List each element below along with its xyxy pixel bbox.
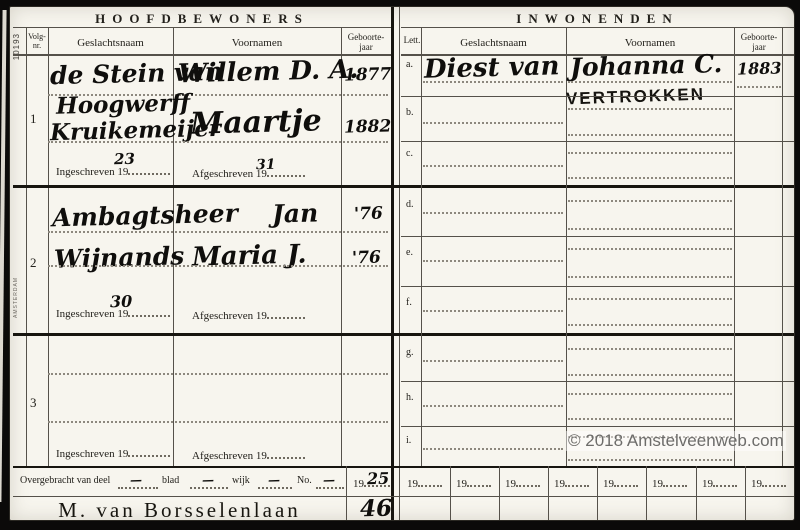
no-label: No. — [297, 475, 312, 486]
wijk-label: wijk — [232, 475, 250, 486]
dotted-writing-line — [423, 122, 563, 124]
footer-cell-divider — [646, 466, 647, 520]
dotted-writing-line — [423, 260, 563, 262]
dotted-writing-line — [423, 448, 563, 450]
dotted-writing-line — [48, 265, 388, 267]
dotted-writing-line — [48, 231, 388, 233]
house-number: 46 — [360, 495, 393, 523]
dotted-blank — [267, 308, 305, 319]
birthyear-entry: 1883 — [737, 58, 782, 78]
dotted-blank — [258, 487, 292, 489]
dotted-writing-line — [48, 373, 388, 375]
column-header-birthyear-line2: jaar — [752, 42, 766, 52]
dotted-writing-line — [423, 405, 563, 407]
volgnr: 1 — [30, 111, 37, 127]
surname-entry: Wijnands — [54, 241, 185, 273]
column-header-firstnames: Voornamen — [566, 37, 734, 49]
dotted-writing-line — [568, 152, 732, 154]
row-letter: h. — [406, 392, 414, 403]
afgeschreven-label: Afgeschreven 19 — [192, 448, 305, 462]
column-header-volgnr: Volg- nr. — [26, 32, 48, 50]
row-divider — [401, 141, 794, 142]
section-divider — [13, 333, 794, 336]
column-divider — [421, 27, 422, 466]
firstnames-entry: Maria J. — [192, 240, 307, 273]
dotted-writing-line — [568, 228, 732, 230]
row-letter: i. — [406, 435, 411, 446]
dotted-blank — [128, 446, 170, 457]
dotted-writing-line — [568, 393, 732, 395]
dotted-writing-line — [568, 276, 732, 278]
year-prefix: 19 — [603, 478, 614, 490]
year-prefix: 19 — [554, 478, 565, 490]
volgnr: 3 — [30, 395, 37, 411]
serial-number: 10193 — [12, 33, 21, 60]
hoofdbewoners-title: HOOFDBEWONERS — [13, 11, 391, 27]
column-divider — [26, 27, 27, 466]
overgebracht-label: Overgebracht van deel — [20, 475, 110, 486]
dotted-writing-line — [568, 298, 732, 300]
dotted-writing-line — [48, 141, 388, 143]
dotted-blank — [614, 476, 638, 487]
ingeschreven-year: 30 — [110, 292, 133, 312]
row-divider — [401, 236, 794, 237]
dotted-writing-line — [568, 177, 732, 179]
column-header-birthyear: Geboorte- jaar — [341, 32, 391, 53]
ingeschreven-text: Ingeschreven 19 — [56, 448, 128, 460]
column-header-volgnr-line2: nr. — [33, 41, 41, 50]
dotted-writing-line — [568, 324, 732, 326]
inwonenden-title: INWONENDEN — [401, 11, 794, 27]
dotted-blank — [713, 476, 737, 487]
dotted-writing-line — [568, 418, 732, 420]
blank-dash-mark: — — [130, 473, 142, 487]
firstnames-entry: Jan — [272, 198, 319, 228]
vertrokken-stamp: VERTROKKEN — [566, 85, 706, 110]
column-header-lett: Lett. — [401, 35, 423, 45]
column-divider — [734, 27, 735, 466]
blad-label: blad — [162, 475, 179, 486]
row-divider — [401, 381, 794, 382]
year-cell-label: 19 — [456, 476, 491, 490]
afgeschreven-text: Afgeschreven 19 — [192, 450, 267, 462]
ingeschreven-year: 23 — [114, 150, 135, 169]
title-underline — [13, 27, 391, 28]
footer-cell-divider — [346, 466, 347, 520]
dotted-writing-line — [568, 459, 732, 461]
year-prefix: 19 — [652, 478, 663, 490]
surname-entry: Diest van — [424, 51, 560, 85]
year-cell-label: 19 — [751, 476, 786, 490]
blank-dash-mark: — — [268, 473, 280, 487]
dotted-writing-line — [423, 81, 563, 83]
year-value: 25 — [367, 469, 390, 489]
firstnames-entry: Willem D. A. — [178, 55, 359, 90]
year-prefix: 19 — [751, 478, 762, 490]
footer-top-line — [13, 466, 794, 468]
dotted-blank — [267, 448, 305, 459]
dotted-writing-line — [568, 81, 732, 83]
printer-mark: AMSTERDAM — [13, 277, 19, 318]
footer-cell-divider — [499, 466, 500, 520]
afgeschreven-year: 31 — [256, 157, 276, 174]
scan-edge-sliver — [0, 10, 7, 502]
dotted-blank — [565, 476, 589, 487]
dotted-blank — [467, 476, 491, 487]
afgeschreven-label: Afgeschreven 19 — [192, 308, 305, 322]
afgeschreven-label: Afgeschreven 19 — [192, 166, 305, 180]
row-letter: a. — [406, 59, 413, 70]
year-cell-label: 19 — [603, 476, 638, 490]
street-address: M. van Borsselenlaan — [13, 498, 346, 523]
birthyear-entry: '76 — [354, 204, 383, 225]
row-letter: g. — [406, 347, 414, 358]
dotted-writing-line — [48, 421, 388, 423]
column-divider — [341, 27, 342, 466]
year-prefix: 19 — [505, 478, 516, 490]
row-letter: e. — [406, 247, 413, 258]
birthyear-entry: 1882 — [344, 116, 392, 137]
dotted-blank — [418, 476, 442, 487]
footer-cell-divider — [696, 466, 697, 520]
dotted-writing-line — [423, 310, 563, 312]
dotted-writing-line — [568, 374, 732, 376]
dotted-blank — [118, 487, 158, 489]
row-divider — [401, 426, 794, 427]
afgeschreven-text: Afgeschreven 19 — [192, 310, 267, 322]
dotted-writing-line — [423, 165, 563, 167]
column-header-surname: Geslachtsnaam — [421, 37, 566, 49]
year-cell-label: 19 — [407, 476, 442, 490]
row-divider — [401, 96, 794, 97]
dotted-blank — [762, 476, 786, 487]
footer-cell-divider — [597, 466, 598, 520]
year-prefix: 19 — [456, 478, 467, 490]
column-header-surname: Geslachtsnaam — [48, 37, 173, 49]
footer-mid-line — [13, 496, 794, 497]
register-card: 10193 AMSTERDAM HOOFDBEWONERS Volg- nr. … — [9, 6, 795, 521]
dotted-writing-line — [568, 348, 732, 350]
dotted-writing-line — [568, 108, 732, 110]
dotted-blank — [663, 476, 687, 487]
surname-entry: Ambagtsheer — [52, 199, 238, 233]
dotted-writing-line — [568, 200, 732, 202]
dotted-blank — [128, 306, 170, 317]
blank-dash-mark: — — [202, 473, 214, 487]
year-prefix: 19 — [702, 478, 713, 490]
panel-divider-inner — [399, 7, 400, 520]
ingeschreven-label: Ingeschreven 19 — [56, 446, 170, 460]
dotted-writing-line — [568, 248, 732, 250]
dotted-writing-line — [423, 360, 563, 362]
title-underline — [401, 27, 794, 28]
firstnames-entry: Johanna C. — [570, 49, 723, 82]
blank-dash-mark: — — [323, 473, 335, 487]
year-cell-label: 19 — [505, 476, 540, 490]
copyright-watermark: © 2018 Amstelveenweb.com — [566, 431, 786, 451]
birthyear-entry: 1877 — [344, 64, 392, 85]
dotted-blank — [516, 476, 540, 487]
footer-cell-divider — [745, 466, 746, 520]
row-letter: f. — [406, 297, 412, 308]
dotted-blank — [316, 487, 344, 489]
column-header-birthyear-line1: Geboorte- — [741, 32, 777, 42]
column-divider — [48, 27, 49, 466]
column-header-birthyear-line1: Geboorte- — [348, 32, 384, 42]
year-prefix: 19 — [353, 478, 364, 490]
footer-cell-divider — [450, 466, 451, 520]
row-divider — [401, 286, 794, 287]
dotted-writing-line — [423, 212, 563, 214]
year-cell-label: 19 — [702, 476, 737, 490]
dotted-writing-line — [737, 86, 781, 88]
dotted-writing-line — [568, 134, 732, 136]
column-divider — [782, 27, 783, 466]
year-cell-label: 19 — [554, 476, 589, 490]
year-prefix: 19 — [407, 478, 418, 490]
dotted-blank — [190, 487, 228, 489]
row-letter: c. — [406, 148, 413, 159]
row-letter: d. — [406, 199, 414, 210]
year-cell-label: 19 — [652, 476, 687, 490]
footer-cell-divider — [548, 466, 549, 520]
column-header-birthyear-line2: jaar — [359, 42, 373, 52]
column-header-birthyear: Geboorte- jaar — [734, 32, 784, 53]
firstnames-entry: Maartje — [190, 103, 323, 141]
column-header-firstnames: Voornamen — [173, 37, 341, 49]
column-header-volgnr-line1: Volg- — [28, 32, 46, 41]
volgnr: 2 — [30, 255, 37, 271]
section-divider — [13, 185, 794, 188]
row-letter: b. — [406, 107, 414, 118]
